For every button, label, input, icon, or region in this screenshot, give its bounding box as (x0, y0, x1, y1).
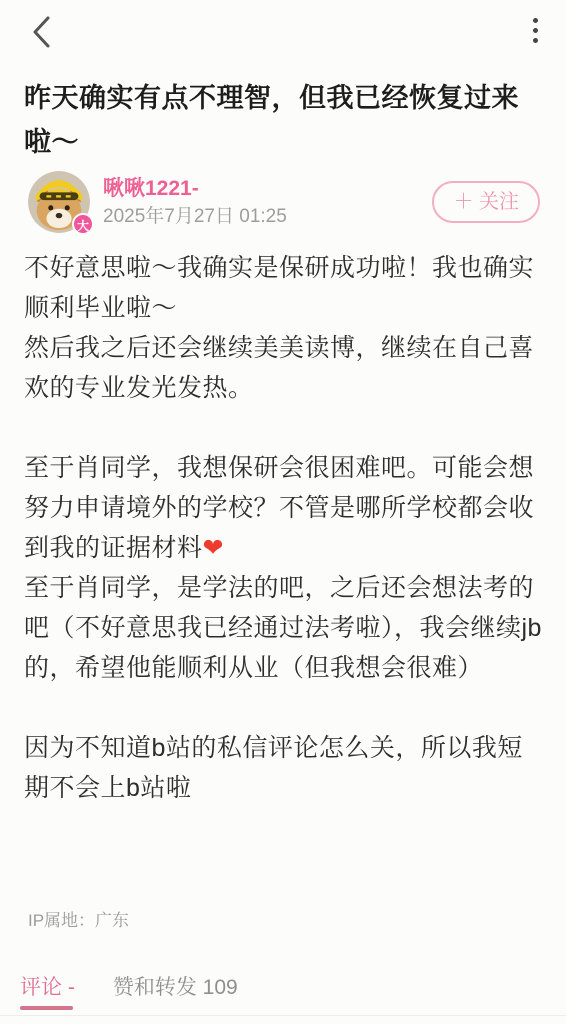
divider (0, 1015, 566, 1016)
active-tab-indicator (20, 1006, 73, 1010)
body-paragraph: 不好意思啦～我确实是保研成功啦！我也确实顺利毕业啦～ (24, 248, 544, 328)
author-row: 大 啾啾1221- 2025年7月27日 01:25 ＋ 关注 (28, 170, 540, 234)
member-badge: 大 (72, 213, 94, 235)
post-body: 不好意思啦～我确实是保研成功啦！我也确实顺利毕业啦～ 然后我之后还会继续美美读博… (24, 248, 544, 808)
tabbar: 评论 - 赞和转发 109 (20, 972, 546, 1004)
paragraph-spacer (24, 408, 544, 448)
post-date: 2025年7月27日 01:25 (103, 205, 432, 229)
author-meta: 啾啾1221- 2025年7月27日 01:25 (103, 176, 432, 229)
author-name[interactable]: 啾啾1221- (103, 176, 432, 202)
follow-button[interactable]: ＋ 关注 (432, 181, 540, 223)
body-paragraph: 然后我之后还会继续美美读博，继续在自己喜欢的专业发光发热。 (24, 328, 544, 408)
tab-likes-reposts[interactable]: 赞和转发 109 (113, 973, 238, 1003)
chevron-left-icon (28, 14, 54, 53)
body-paragraph: 至于肖同学，是学法的吧，之后还会想法考的吧（不好意思我已经通过法考啦），我会继续… (24, 568, 544, 688)
ip-location: IP属地：广东 (28, 910, 129, 932)
back-button[interactable] (22, 8, 60, 59)
kebab-menu-icon (533, 18, 538, 23)
body-paragraph: 至于肖同学，我想保研会很困难吧。可能会想努力申请境外的学校？不管是哪所学校都会收… (24, 448, 544, 568)
more-menu-button[interactable] (527, 12, 544, 49)
post-title: 昨天确实有点不理智，但我已经恢复过来啦～ (24, 76, 542, 164)
paragraph-spacer (24, 688, 544, 728)
post-detail-screen: 昨天确实有点不理智，但我已经恢复过来啦～ (0, 0, 566, 1024)
body-paragraph: 因为不知道b站的私信评论怎么关，所以我短期不会上b站啦 (24, 728, 544, 808)
top-navigation-bar (0, 0, 566, 62)
heart-emoji: ❤ (203, 534, 224, 562)
avatar[interactable]: 大 (28, 171, 90, 233)
tab-comments[interactable]: 评论 - (20, 973, 75, 1003)
